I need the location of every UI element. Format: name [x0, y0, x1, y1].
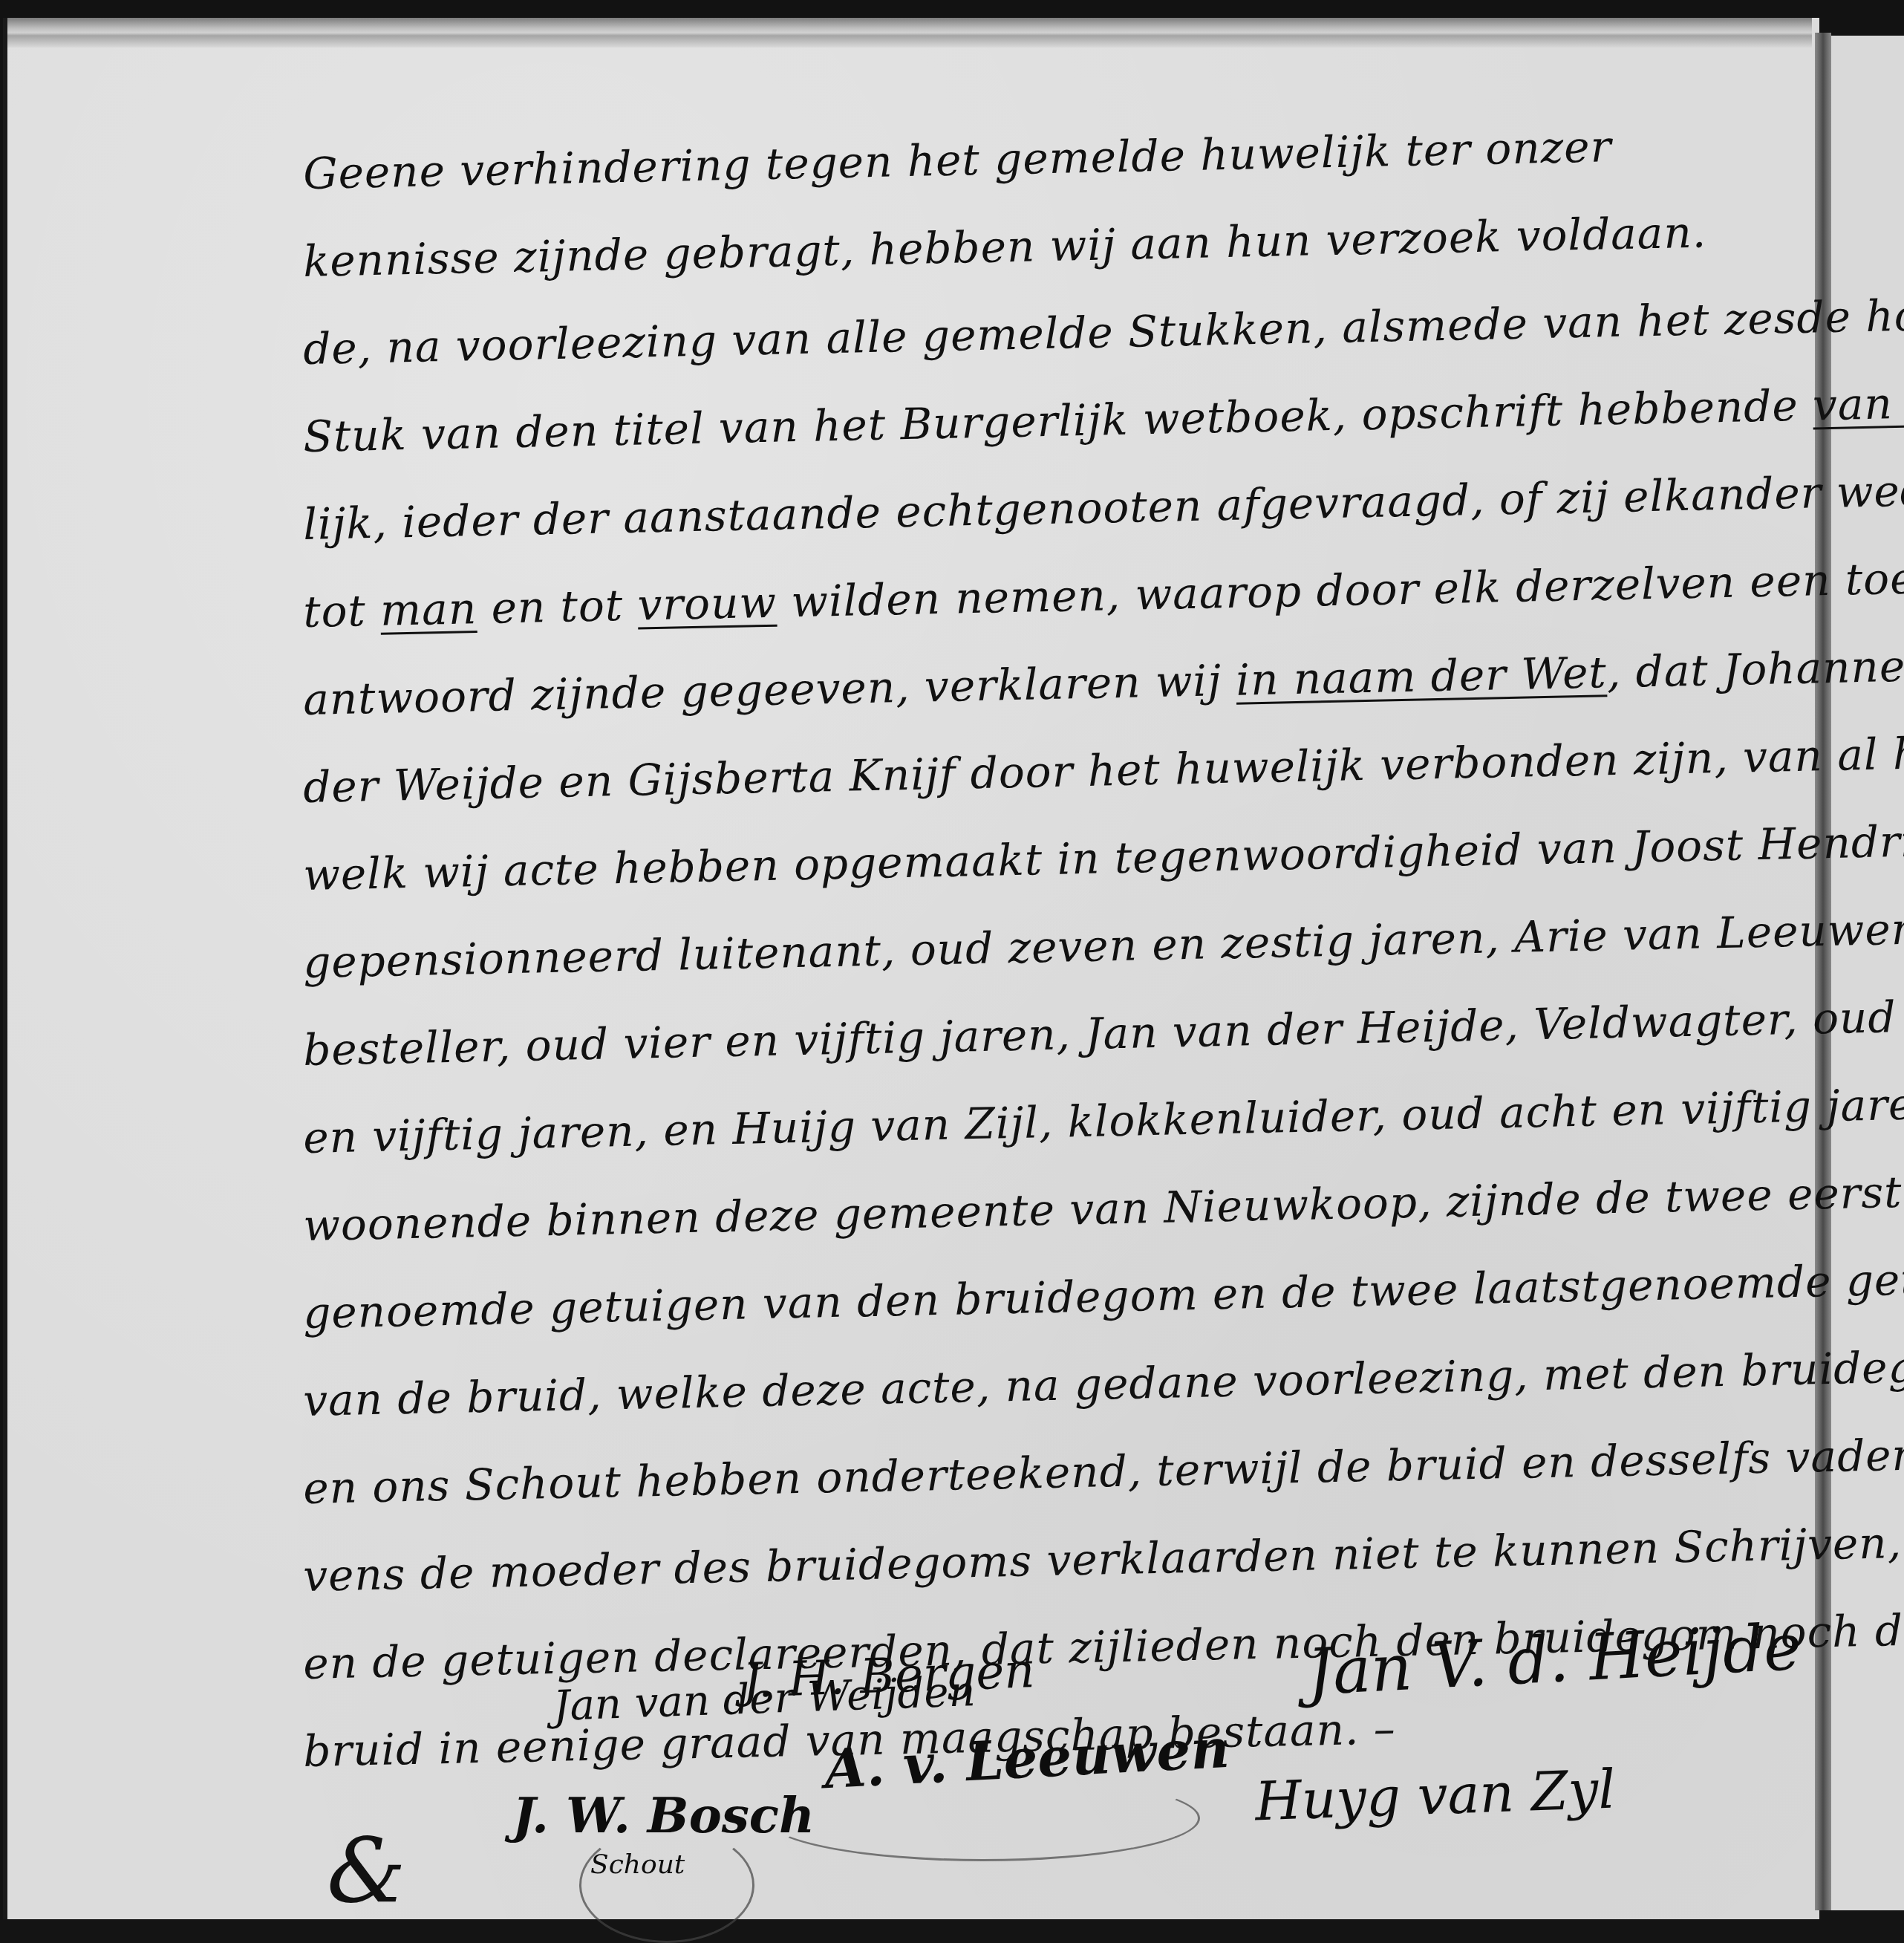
page-top-edge — [7, 18, 1812, 48]
signature-bosch: J. W. Bosch — [512, 1786, 815, 1844]
signature-bergen: J. H. Bergen — [742, 1644, 1036, 1709]
official-title: Schout — [590, 1849, 685, 1880]
signature-van-zyl: Huyg van Zyl — [1254, 1758, 1617, 1833]
record-body-text: Geene verhindering tegen het gemelde huw… — [304, 149, 1827, 1814]
